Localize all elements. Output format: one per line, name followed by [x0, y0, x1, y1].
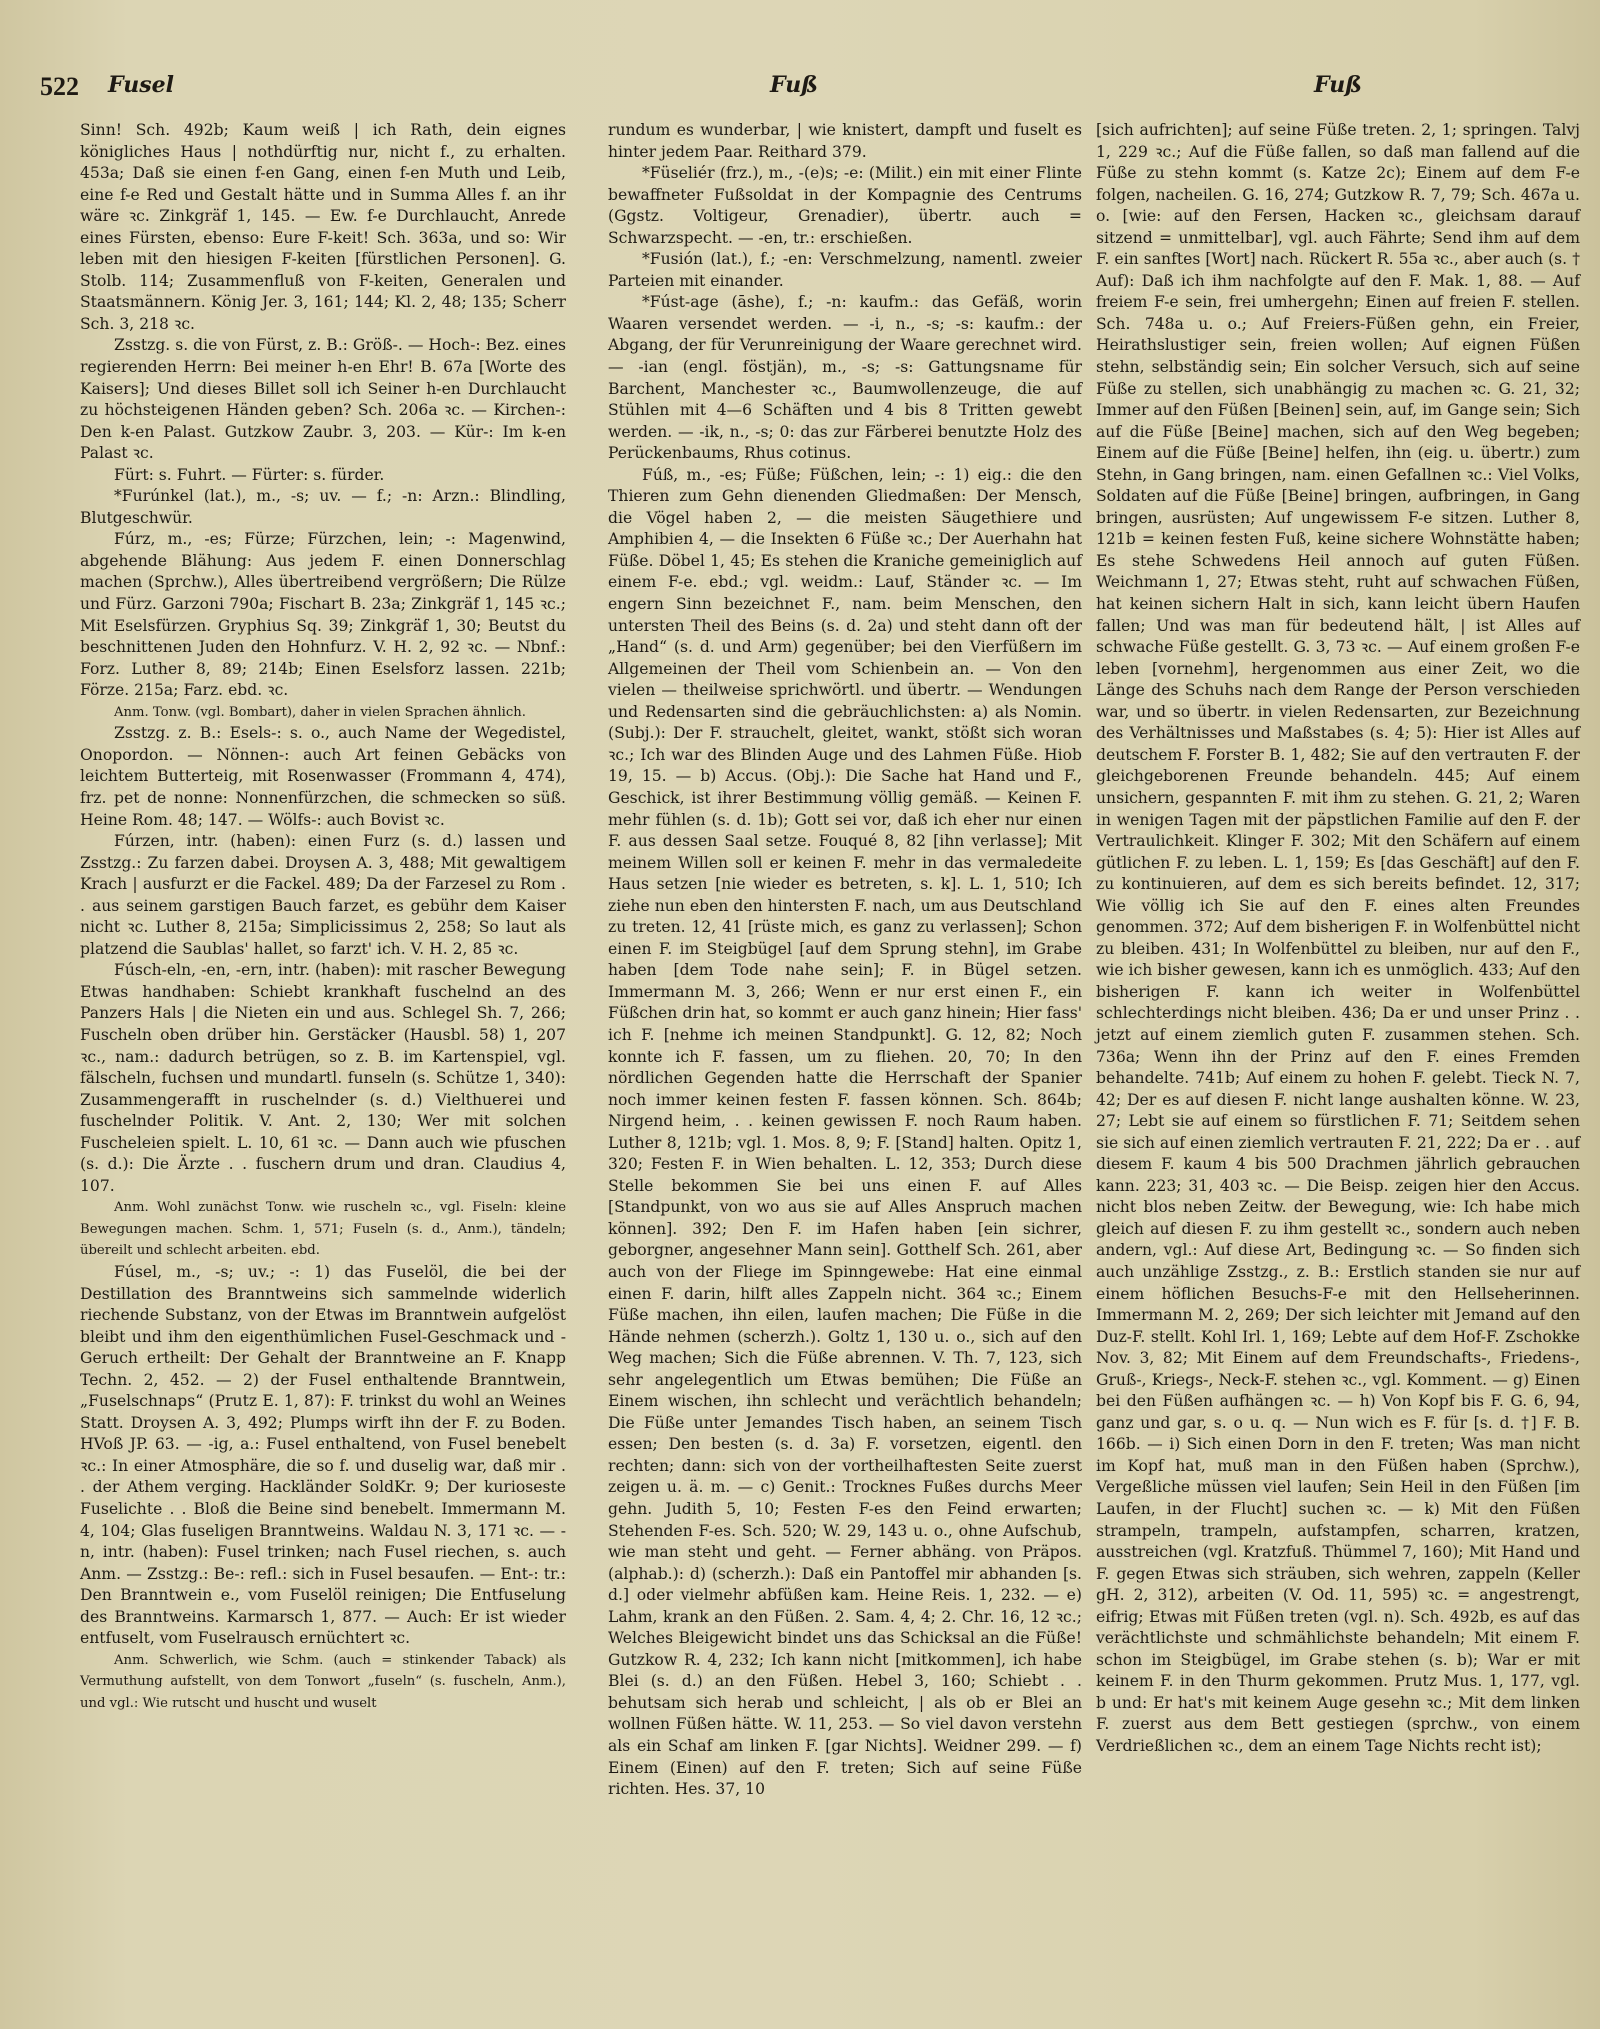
- entry-paragraph: Zsstzg. s. die von Fürst, z. B.: Größ-. …: [80, 335, 566, 464]
- running-head-middle: Fuß: [770, 72, 818, 98]
- column-right: [sich aufrichten]; auf seine Füße treten…: [1096, 120, 1580, 1758]
- entry-paragraph: Fúß, m., -es; Füße; Füßchen, lein; -: 1)…: [608, 465, 1082, 1801]
- entry-paragraph: Fúrz, m., -es; Fürze; Fürzchen, lein; -:…: [80, 529, 566, 701]
- entry-paragraph: Fúsel, m., -s; uv.; -: 1) das Fuselöl, d…: [80, 1262, 566, 1650]
- entry-note: Anm. Wohl zunächst Tonw. wie ruscheln ꝛc…: [80, 1197, 566, 1262]
- running-head-left: Fusel: [108, 72, 174, 98]
- column-left: Sinn! Sch. 492b; Kaum weiß | ich Rath, d…: [80, 120, 566, 1714]
- entry-note: Anm. Schwerlich, wie Schm. (auch = stink…: [80, 1650, 566, 1715]
- entry-paragraph: *Fusión (lat.), f.; -en: Verschmelzung, …: [608, 249, 1082, 292]
- entry-paragraph: [sich aufrichten]; auf seine Füße treten…: [1096, 120, 1580, 1758]
- entry-paragraph: *Fúst-age (āshe), f.; -n: kaufm.: das Ge…: [608, 292, 1082, 464]
- column-middle: rundum es wunderbar, | wie knistert, dam…: [608, 120, 1082, 1801]
- entry-paragraph: Sinn! Sch. 492b; Kaum weiß | ich Rath, d…: [80, 120, 566, 335]
- entry-paragraph: *Furúnkel (lat.), m., -s; uv. — f.; -n: …: [80, 486, 566, 529]
- entry-paragraph: Zsstzg. z. B.: Esels-: s. o., auch Name …: [80, 723, 566, 831]
- page-number: 522: [40, 72, 79, 102]
- dictionary-page: 522 Fusel Fuß Fuß Sinn! Sch. 492b; Kaum …: [0, 0, 1600, 2029]
- entry-paragraph: *Füseliér (frz.), m., -(e)s; -e: (Milit.…: [608, 163, 1082, 249]
- entry-paragraph: Fúrzen, intr. (haben): einen Furz (s. d.…: [80, 831, 566, 960]
- entry-note: Anm. Tonw. (vgl. Bombart), daher in viel…: [80, 702, 566, 724]
- entry-paragraph: rundum es wunderbar, | wie knistert, dam…: [608, 120, 1082, 163]
- entry-paragraph: Fúsch-eln, -en, -ern, intr. (haben): mit…: [80, 960, 566, 1197]
- entry-paragraph: Fürt: s. Fuhrt. — Fürter: s. fürder.: [80, 465, 566, 487]
- page-header: 522 Fusel Fuß Fuß: [0, 66, 1600, 106]
- running-head-right: Fuß: [1314, 72, 1362, 98]
